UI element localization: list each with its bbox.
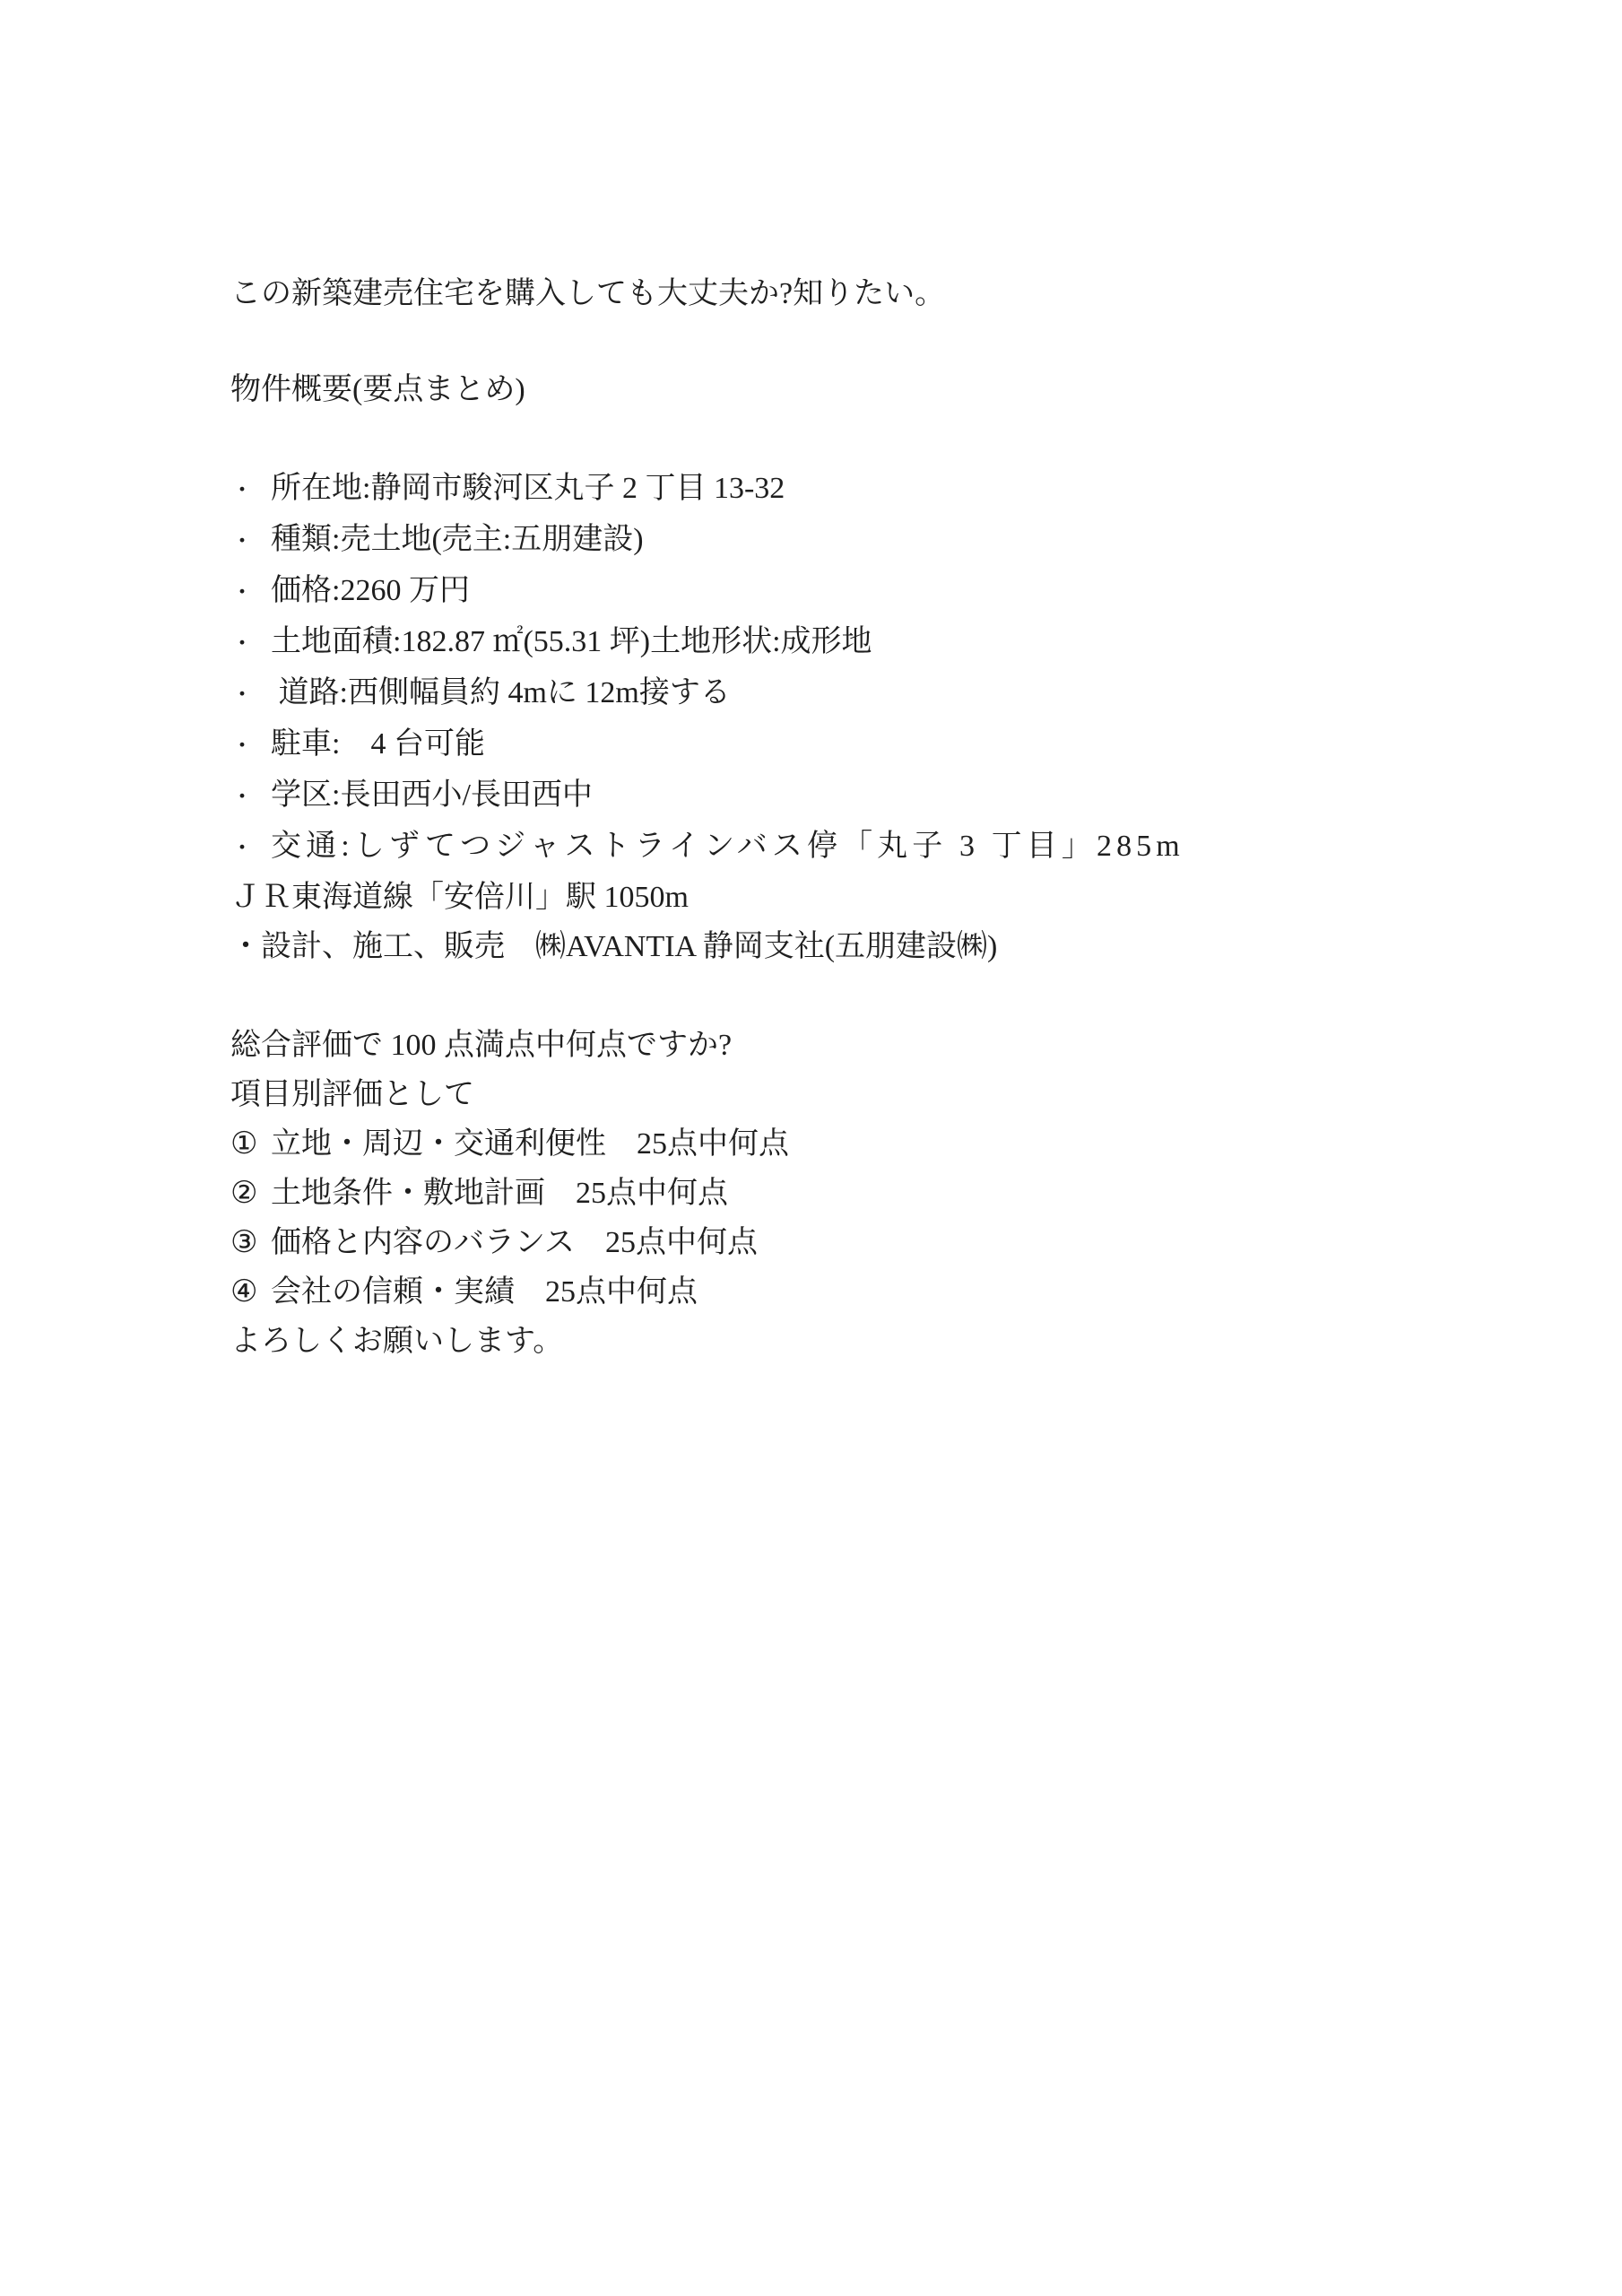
property-summary-list: ・ 所在地:静岡市駿河区丸子 2 丁目 13-32 ・ 種類:売土地(売主:五朋…: [230, 464, 1470, 873]
intro-paragraph: この新築建売住宅を購入しても大丈夫か?知りたい。: [230, 269, 1470, 318]
evaluation-request-block: 総合評価で 100 点満点中何点ですか? 項目別評価として ① 立地・周辺・交通…: [230, 1021, 1470, 1366]
bullet-text: 土地面積:182.87 ㎡(55.31 坪)土地形状:成形地: [271, 617, 872, 666]
criteria-item-price-balance: ③ 価格と内容のバランス 25点中何点: [230, 1218, 1470, 1267]
criteria-item-company-trust: ④ 会社の信頼・実績 25点中何点: [230, 1267, 1470, 1317]
jr-station-line: ＪＲ東海道線「安倍川」駅 1050m: [230, 873, 1470, 922]
bullet-item-type: ・ 種類:売土地(売主:五朋建設): [230, 515, 1470, 566]
bullet-icon: ・: [230, 772, 271, 822]
criteria-item-location: ① 立地・周辺・交通利便性 25点中何点: [230, 1119, 1470, 1169]
closing-line: よろしくお願いします。: [230, 1317, 1470, 1366]
bullet-text: 学区:長田西小/長田西中: [271, 770, 593, 820]
bullet-icon: ・: [230, 568, 271, 617]
bullet-item-price: ・ 価格:2260 万円: [230, 566, 1470, 617]
bullet-item-location: ・ 所在地:静岡市駿河区丸子 2 丁目 13-32: [230, 464, 1470, 515]
bullet-text: 道路:西側幅員約 4mに 12m接する: [271, 668, 731, 717]
bullet-text: 所在地:静岡市駿河区丸子 2 丁目 13-32: [271, 464, 785, 513]
bullet-icon: ・: [230, 721, 271, 770]
document-page: この新築建売住宅を購入しても大丈夫か?知りたい。 物件概要(要点まとめ) ・ 所…: [0, 0, 1622, 2296]
bullet-icon: ・: [230, 670, 271, 719]
criteria-item-land-conditions: ② 土地条件・敷地計画 25点中何点: [230, 1169, 1470, 1218]
circled-number-3-icon: ③: [230, 1218, 271, 1267]
bullet-icon: ・: [230, 619, 271, 668]
criteria-text: 土地条件・敷地計画 25点中何点: [271, 1169, 728, 1218]
bullet-icon: ・: [230, 823, 271, 873]
bullet-text: 交通:しずてつジャストラインバス停「丸子 3 丁目」285m: [271, 822, 1184, 871]
bullet-item-land-area: ・ 土地面積:182.87 ㎡(55.31 坪)土地形状:成形地: [230, 617, 1470, 668]
bullet-icon: ・: [230, 465, 271, 515]
circled-number-2-icon: ②: [230, 1169, 271, 1218]
criteria-text: 会社の信頼・実績 25点中何点: [271, 1267, 698, 1317]
criteria-text: 価格と内容のバランス 25点中何点: [271, 1218, 758, 1267]
bullet-item-road: ・ 道路:西側幅員約 4mに 12m接する: [230, 668, 1470, 719]
criteria-intro: 項目別評価として: [230, 1070, 1470, 1119]
design-build-sales-line: ・設計、施工、販売 ㈱AVANTIA 静岡支社(五朋建設㈱): [230, 922, 1470, 971]
section-title: 物件概要(要点まとめ): [230, 365, 1470, 414]
bullet-text: 駐車: 4 台可能: [271, 719, 485, 769]
bullet-item-parking: ・ 駐車: 4 台可能: [230, 719, 1470, 770]
circled-number-4-icon: ④: [230, 1267, 271, 1317]
bullet-item-transport: ・ 交通:しずてつジャストラインバス停「丸子 3 丁目」285m: [230, 822, 1470, 873]
criteria-text: 立地・周辺・交通利便性 25点中何点: [271, 1119, 789, 1169]
bullet-item-school-district: ・ 学区:長田西小/長田西中: [230, 770, 1470, 822]
circled-number-1-icon: ①: [230, 1119, 271, 1169]
bullet-icon: ・: [230, 517, 271, 566]
bullet-text: 価格:2260 万円: [271, 566, 470, 615]
bullet-text: 種類:売土地(売主:五朋建設): [271, 515, 644, 564]
overall-score-question: 総合評価で 100 点満点中何点ですか?: [230, 1021, 1470, 1070]
